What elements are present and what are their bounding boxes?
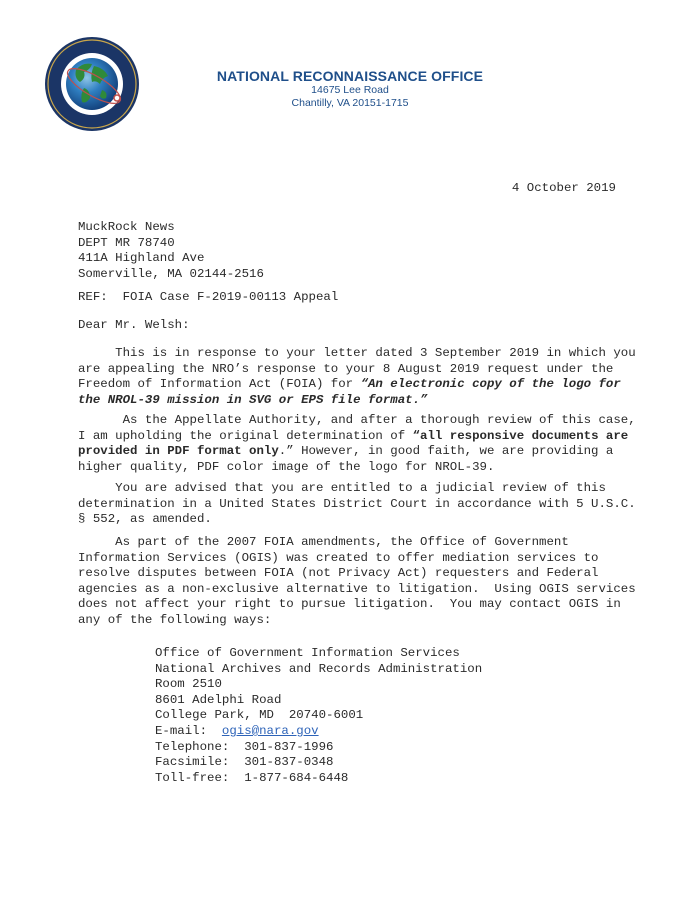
paragraph-line: are appealing the NRO’s response to your… bbox=[78, 362, 638, 378]
recipient-line: Somerville, MA 02144-2516 bbox=[78, 267, 264, 283]
letterhead-address-line-2: Chantilly, VA 20151-1715 bbox=[200, 97, 500, 110]
contact-tollfree: Toll-free: 1-877-684-6448 bbox=[155, 771, 482, 787]
paragraph-line: Information Services (OGIS) was created … bbox=[78, 551, 638, 567]
contact-telephone: Telephone: 301-837-1996 bbox=[155, 740, 482, 756]
organization-name: NATIONAL RECONNAISSANCE OFFICE bbox=[200, 68, 500, 84]
paragraph-line: resolve disputes between FOIA (not Priva… bbox=[78, 566, 638, 582]
recipient-line: MuckRock News bbox=[78, 220, 264, 236]
paragraph-determination: As the Appellate Authority, and after a … bbox=[78, 413, 638, 475]
recipient-address: MuckRock NewsDEPT MR 78740411A Highland … bbox=[78, 220, 264, 282]
salutation: Dear Mr. Welsh: bbox=[78, 318, 190, 334]
paragraph-line: Freedom of Information Act (FOIA) for “A… bbox=[78, 377, 638, 393]
paragraph-line: agencies as a non-exclusive alternative … bbox=[78, 582, 638, 598]
nro-seal-logo bbox=[44, 36, 140, 132]
paragraph-line: any of the following ways: bbox=[78, 613, 638, 629]
paragraph-line: This is in response to your letter dated… bbox=[78, 346, 638, 362]
contact-line: Room 2510 bbox=[155, 677, 482, 693]
paragraph-line: higher quality, PDF color image of the l… bbox=[78, 460, 638, 476]
paragraph-line: As the Appellate Authority, and after a … bbox=[78, 413, 638, 429]
contact-line: Office of Government Information Service… bbox=[155, 646, 482, 662]
contact-facsimile: Facsimile: 301-837-0348 bbox=[155, 755, 482, 771]
reference-line: REF: FOIA Case F-2019-00113 Appeal bbox=[78, 290, 338, 306]
letter-date: 4 October 2019 bbox=[512, 181, 616, 197]
text-run: .” However, in good faith, we are provid… bbox=[279, 444, 614, 458]
request-quote-continued: the NROL-39 mission in SVG or EPS file f… bbox=[78, 393, 638, 409]
determination-quote-continued: provided in PDF format only bbox=[78, 444, 279, 458]
paragraph-line: does not affect your right to pursue lit… bbox=[78, 597, 638, 613]
paragraph-response: This is in response to your letter dated… bbox=[78, 346, 638, 408]
text-run: I am upholding the original determinatio… bbox=[78, 429, 413, 443]
letterhead: NATIONAL RECONNAISSANCE OFFICE 14675 Lee… bbox=[200, 68, 500, 110]
contact-line: National Archives and Records Administra… bbox=[155, 662, 482, 678]
contact-line: College Park, MD 20740-6001 bbox=[155, 708, 482, 724]
email-label: E-mail: bbox=[155, 724, 222, 738]
request-quote: “An electronic copy of the logo for bbox=[361, 377, 621, 391]
paragraph-line: provided in PDF format only.” However, i… bbox=[78, 444, 638, 460]
determination-quote: “all responsive documents are bbox=[413, 429, 629, 443]
ref-label: REF: bbox=[78, 290, 108, 304]
nro-seal-globe-icon bbox=[44, 36, 140, 132]
paragraph-line: As part of the 2007 FOIA amendments, the… bbox=[78, 535, 638, 551]
paragraph-line: § 552, as amended. bbox=[78, 512, 638, 528]
paragraph-line: I am upholding the original determinatio… bbox=[78, 429, 638, 445]
paragraph-line: You are advised that you are entitled to… bbox=[78, 481, 638, 497]
contact-email-line: E-mail: ogis@nara.gov bbox=[155, 724, 482, 740]
ogis-email-link[interactable]: ogis@nara.gov bbox=[222, 724, 319, 738]
letterhead-address-line-1: 14675 Lee Road bbox=[200, 84, 500, 97]
paragraph-ogis: As part of the 2007 FOIA amendments, the… bbox=[78, 535, 638, 629]
ref-value: FOIA Case F-2019-00113 Appeal bbox=[123, 290, 339, 304]
text-run: Freedom of Information Act (FOIA) for bbox=[78, 377, 361, 391]
ogis-contact-block: Office of Government Information Service… bbox=[155, 646, 482, 786]
paragraph-line: determination in a United States Distric… bbox=[78, 497, 638, 513]
contact-line: 8601 Adelphi Road bbox=[155, 693, 482, 709]
recipient-line: DEPT MR 78740 bbox=[78, 236, 264, 252]
recipient-line: 411A Highland Ave bbox=[78, 251, 264, 267]
paragraph-judicial-review: You are advised that you are entitled to… bbox=[78, 481, 638, 528]
